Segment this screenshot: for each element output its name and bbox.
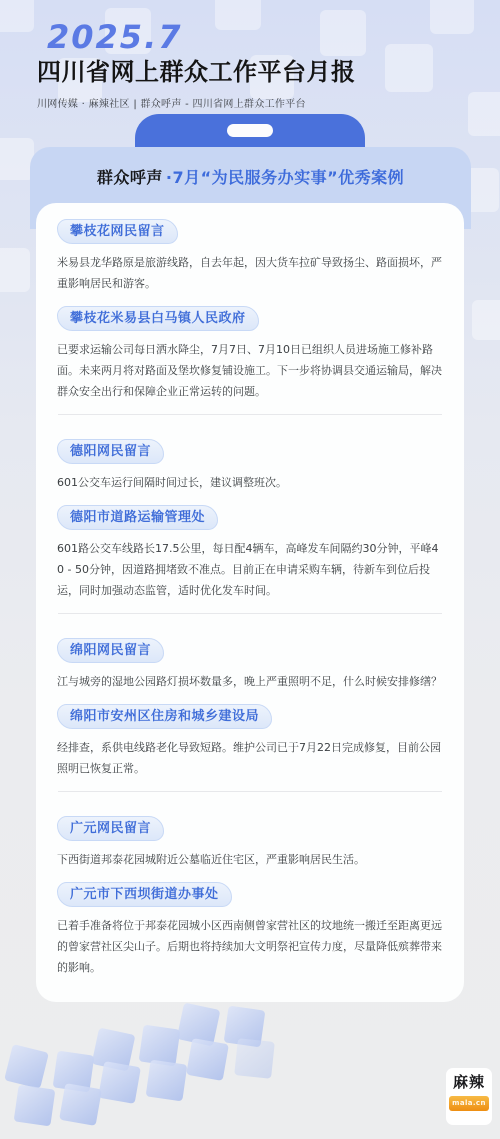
decor-square [98, 1061, 141, 1104]
panel-title: 群众呼声·7月“为民服务办实事”优秀案例 [30, 167, 471, 189]
case-section: 德阳网民留言 601公交车运行间隔时间过长，建议调整班次。 德阳市道路运输管理处… [57, 427, 443, 601]
decor-square [4, 1044, 49, 1089]
case-section: 绵阳网民留言 江与城旁的湿地公园路灯损坏数量多，晚上严重照明不足，什么时候安排修… [57, 626, 443, 779]
logo-banner: mala.cn [449, 1096, 489, 1111]
content-card: 攀枝花网民留言 米易县龙华路原是旅游线路，自去年起，因大货车拉矿导致扬尘、路面损… [36, 203, 464, 1002]
panel-title-blue: ·7月“为民服务办实事”优秀案例 [166, 168, 404, 187]
case-section: 攀枝花网民留言 米易县龙华路原是旅游线路，自去年起，因大货车拉矿导致扬尘、路面损… [57, 219, 443, 402]
message-badge: 德阳网民留言 [57, 439, 164, 464]
message-text: 601公交车运行间隔时间过长，建议调整班次。 [57, 472, 443, 493]
decor-square [14, 1085, 56, 1127]
reply-badge: 德阳市道路运输管理处 [57, 505, 218, 530]
section-divider [58, 613, 442, 614]
reply-badge: 广元市下西坝街道办事处 [57, 882, 232, 907]
background-square [0, 248, 30, 292]
reply-badge: 绵阳市安州区住房和城乡建设局 [57, 704, 272, 729]
header-subtitle: 川网传媒 · 麻辣社区 | 群众呼声 - 四川省网上群众工作平台 [37, 95, 467, 110]
notch-speaker-icon [227, 124, 273, 137]
section-divider [58, 791, 442, 792]
decor-square [234, 1038, 275, 1079]
background-square [0, 0, 34, 32]
background-square [468, 92, 500, 136]
decor-square [59, 1083, 102, 1126]
background-square [472, 300, 500, 340]
mala-logo: 麻辣 mala.cn [446, 1068, 492, 1125]
message-text: 下西街道邦泰花园城附近公墓临近住宅区，严重影响居民生活。 [57, 849, 443, 870]
logo-text: 麻辣 [449, 1074, 489, 1091]
decor-square [146, 1060, 188, 1102]
message-text: 米易县龙华路原是旅游线路，自去年起，因大货车拉矿导致扬尘、路面损坏，严重影响居民… [57, 252, 443, 294]
message-text: 江与城旁的湿地公园路灯损坏数量多，晚上严重照明不足，什么时候安排修缮？ [57, 671, 443, 692]
section-divider [58, 414, 442, 415]
reply-text: 已要求运输公司每日洒水降尘，7月7日、7月10日已组织人员进场施工修补路面。未来… [57, 339, 443, 402]
header-period: 2025.7 [47, 20, 467, 54]
reply-badge: 攀枝花米易县白马镇人民政府 [57, 306, 259, 331]
panel-title-black: 群众呼声 [97, 168, 163, 187]
decor-square [186, 1038, 229, 1081]
phone-notch [135, 114, 365, 148]
report-header: 2025.7 四川省网上群众工作平台月报 川网传媒 · 麻辣社区 | 群众呼声 … [37, 20, 467, 110]
message-badge: 广元网民留言 [57, 816, 164, 841]
message-badge: 攀枝花网民留言 [57, 219, 178, 244]
page-title: 四川省网上群众工作平台月报 [37, 57, 467, 87]
case-section: 广元网民留言 下西街道邦泰花园城附近公墓临近住宅区，严重影响居民生活。 广元市下… [57, 804, 443, 978]
reply-text: 已着手准备将位于邦泰花园城小区西南侧曾家营社区的坟地统一搬迁至距离更远的曾家营社… [57, 915, 443, 978]
message-badge: 绵阳网民留言 [57, 638, 164, 663]
background-square [0, 138, 34, 180]
reply-text: 601路公交车线路长17.5公里，每日配4辆车，高峰发车间隔约30分钟，平峰40… [57, 538, 443, 601]
reply-text: 经排查，系供电线路老化导致短路。维护公司已于7月22日完成修复，目前公园照明已恢… [57, 737, 443, 779]
page-background: 2025.7 四川省网上群众工作平台月报 川网传媒 · 麻辣社区 | 群众呼声 … [0, 0, 500, 1139]
